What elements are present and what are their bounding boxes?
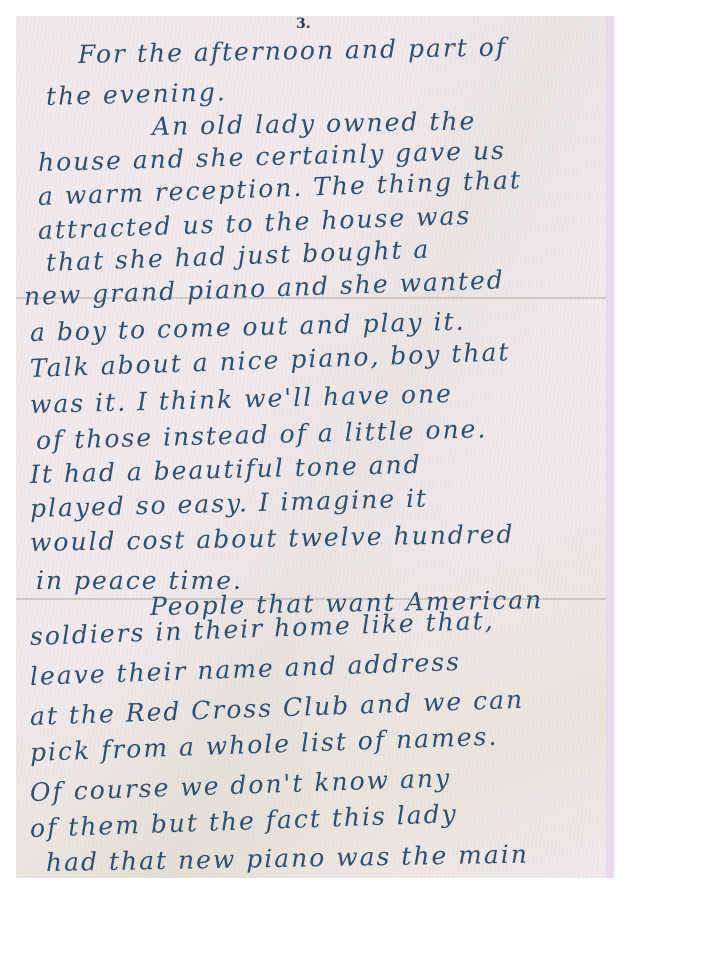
text-line: played so easy. I imagine it (30, 484, 429, 523)
text-line: would cost about twelve hundred (30, 520, 515, 557)
text-line: the evening. (46, 77, 227, 111)
text-line: was it. I think we'll have one (30, 379, 454, 419)
text-line: had that new piano was the main (46, 840, 529, 877)
text-line: An old lady owned the (152, 106, 477, 141)
text-line: For the afternoon and part of (78, 33, 508, 69)
text-line: Of course we don't know any (29, 763, 451, 807)
letter-page: 3. For the afternoon and part of the eve… (16, 16, 614, 878)
text-line: It had a beautiful tone and (30, 450, 422, 489)
text-line: of them but the fact this lady (29, 799, 458, 843)
text-line: leave their name and address (29, 647, 461, 691)
page-number: 3. (296, 16, 311, 32)
